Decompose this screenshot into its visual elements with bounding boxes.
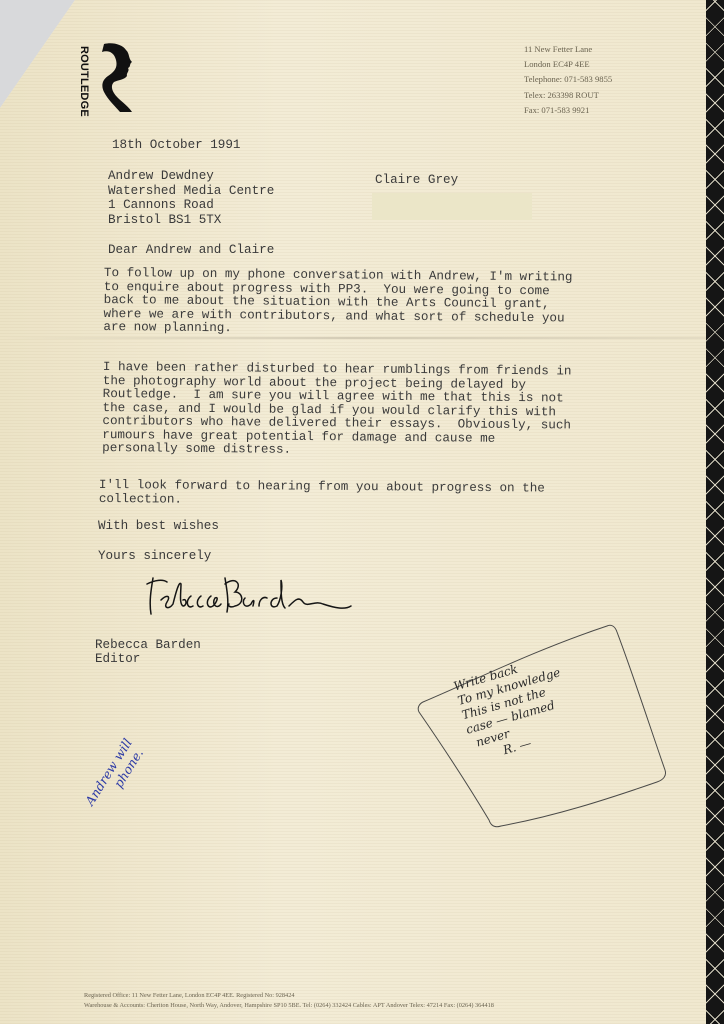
letterhead-line: Telephone: 071-583 9855 xyxy=(524,72,612,87)
signer-name: Rebecca Barden xyxy=(95,639,201,653)
letterhead-address: 11 New Fetter Lane London EC4P 4EE Telep… xyxy=(524,42,612,118)
address-line: Andrew Dewdney xyxy=(108,170,274,184)
letterhead-line: Telex: 263398 ROUT xyxy=(524,88,612,103)
redacted-address-block xyxy=(372,193,532,220)
body-paragraph-1: To follow up on my phone conversation wi… xyxy=(103,267,572,339)
body-paragraph-3: I'll look forward to hearing from you ab… xyxy=(99,479,545,510)
letterhead-line: 11 New Fetter Lane xyxy=(524,42,612,57)
footer-warehouse-accounts: Warehouse & Accounts: Cheriton House, No… xyxy=(84,1001,494,1011)
paper-fold-crease xyxy=(0,337,706,339)
address-line: 1 Cannons Road xyxy=(108,199,274,213)
salutation: Dear Andrew and Claire xyxy=(108,244,274,258)
routledge-logo-icon xyxy=(82,40,140,114)
letter-paper xyxy=(0,0,706,1024)
handwritten-signature xyxy=(145,570,365,630)
decorative-border-strip xyxy=(706,0,724,1024)
address-line: Bristol BS1 5TX xyxy=(108,214,274,228)
body-paragraph-2: I have been rather disturbed to hear rum… xyxy=(102,361,571,460)
letter-date: 18th October 1991 xyxy=(112,139,240,153)
closing-yours-sincerely: Yours sincerely xyxy=(98,550,211,564)
company-footer: Registered Office: 11 New Fetter Lane, L… xyxy=(84,991,494,1010)
letterhead-line: Fax: 071-583 9921 xyxy=(524,103,612,118)
letterhead-line: London EC4P 4EE xyxy=(524,57,612,72)
signer-title: Editor xyxy=(95,653,140,667)
brand-wordmark: ROUTLEDGE xyxy=(78,46,90,117)
footer-registered-office: Registered Office: 11 New Fetter Lane, L… xyxy=(84,991,494,1001)
recipient-name-2: Claire Grey xyxy=(375,174,458,188)
address-line: Watershed Media Centre xyxy=(108,185,274,199)
closing-best-wishes: With best wishes xyxy=(98,520,219,534)
recipient-address-1: Andrew Dewdney Watershed Media Centre 1 … xyxy=(108,170,274,227)
